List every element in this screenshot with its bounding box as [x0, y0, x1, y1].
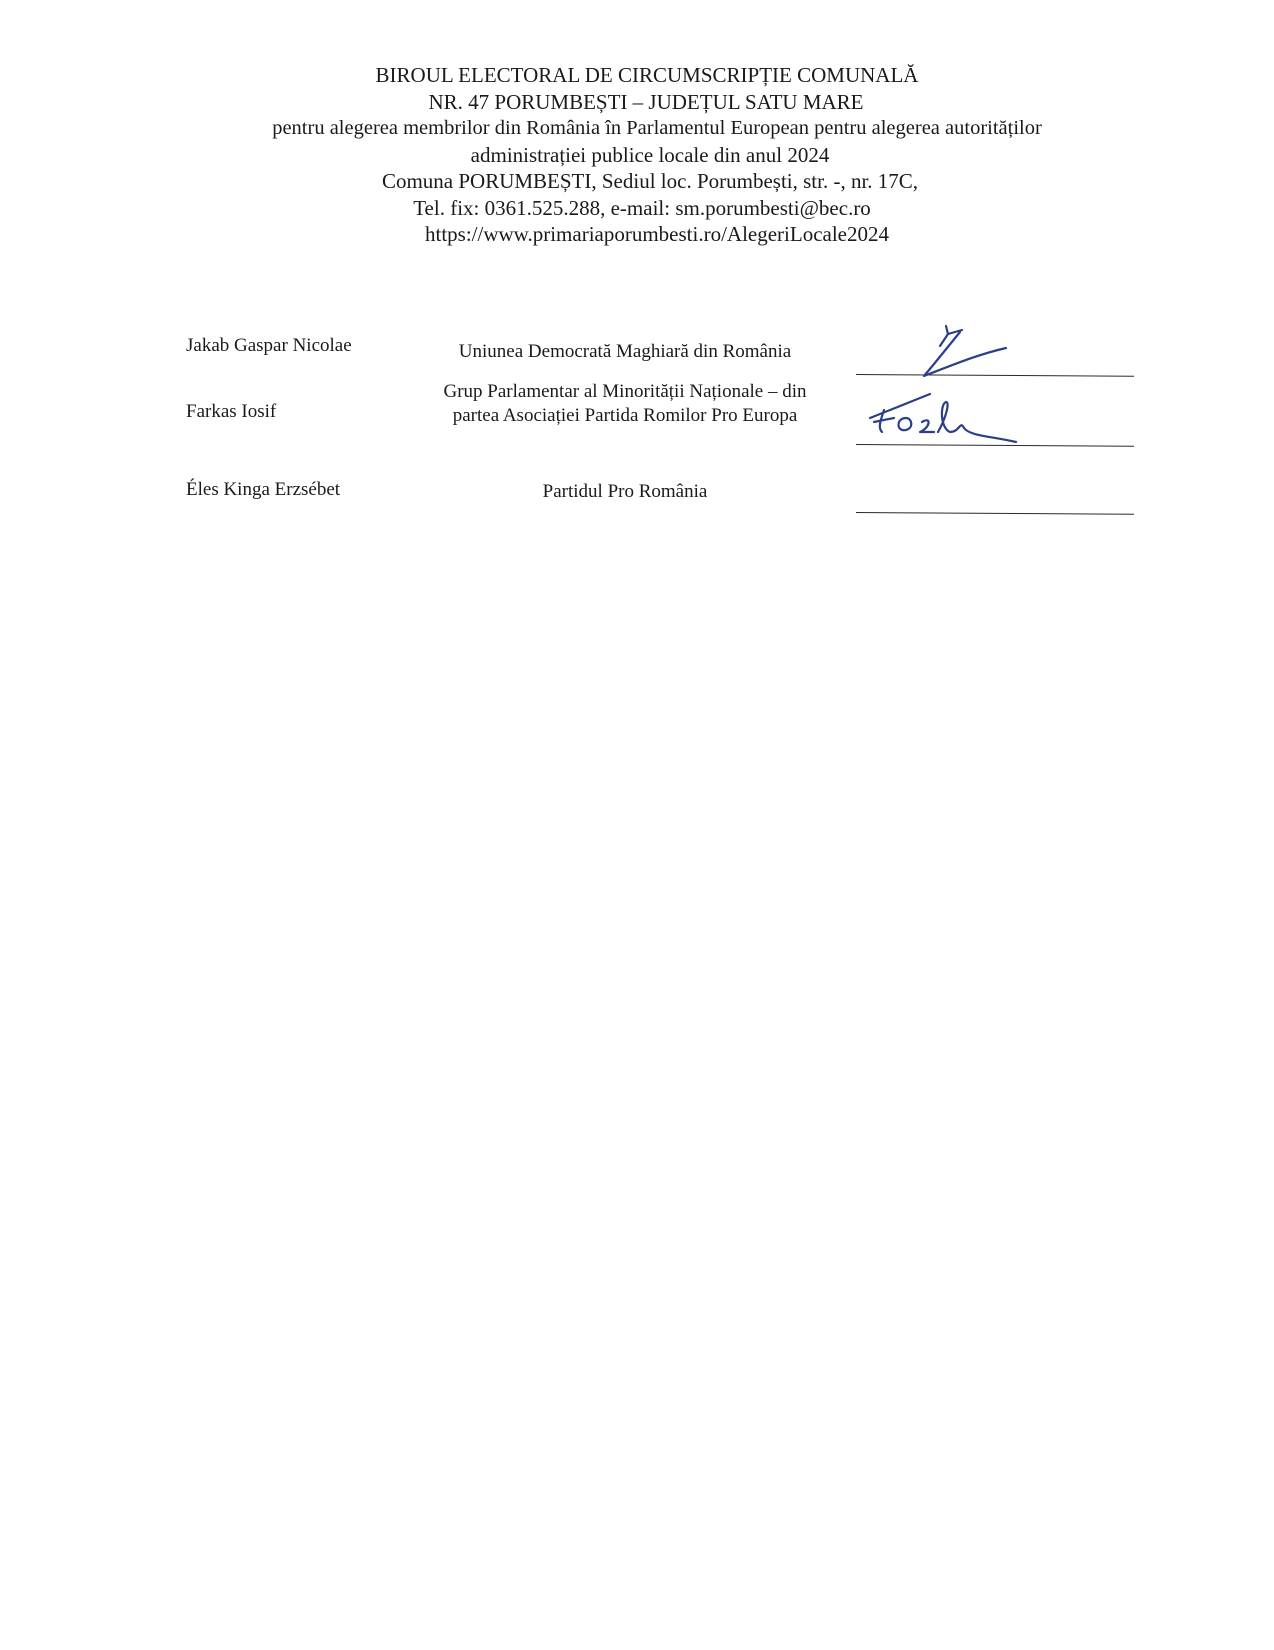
member-name: Farkas Iosif	[186, 400, 276, 424]
header-website: https://www.primariaporumbesti.ro/Aleger…	[40, 221, 1274, 248]
member-party: Grup Parlamentar al Minorității Național…	[420, 380, 830, 428]
header-bureau-title: BIROUL ELECTORAL DE CIRCUMSCRIPȚIE COMUN…	[20, 62, 1274, 89]
header-bureau-number: NR. 47 PORUMBEȘTI – JUDEȚUL SATU MARE	[18, 89, 1274, 116]
member-party: Partidul Pro România	[420, 480, 830, 504]
signature-mark	[860, 388, 1060, 448]
document-header: BIROUL ELECTORAL DE CIRCUMSCRIPȚIE COMUN…	[0, 62, 1274, 248]
header-address: Comuna PORUMBEȘTI, Sediul loc. Porumbeșt…	[26, 168, 1274, 195]
header-contact: Tel. fix: 0361.525.288, e-mail: sm.porum…	[10, 195, 1274, 222]
member-name: Éles Kinga Erzsébet	[186, 478, 340, 502]
member-party: Uniunea Democrată Maghiară din România	[420, 340, 830, 364]
header-election-purpose-cont: administrației publice locale din anul 2…	[26, 142, 1274, 169]
signature-line	[856, 512, 1134, 515]
header-election-purpose: pentru alegerea membrilor din România în…	[40, 115, 1274, 142]
signature-mark	[900, 320, 1100, 380]
member-name: Jakab Gaspar Nicolae	[186, 334, 352, 358]
